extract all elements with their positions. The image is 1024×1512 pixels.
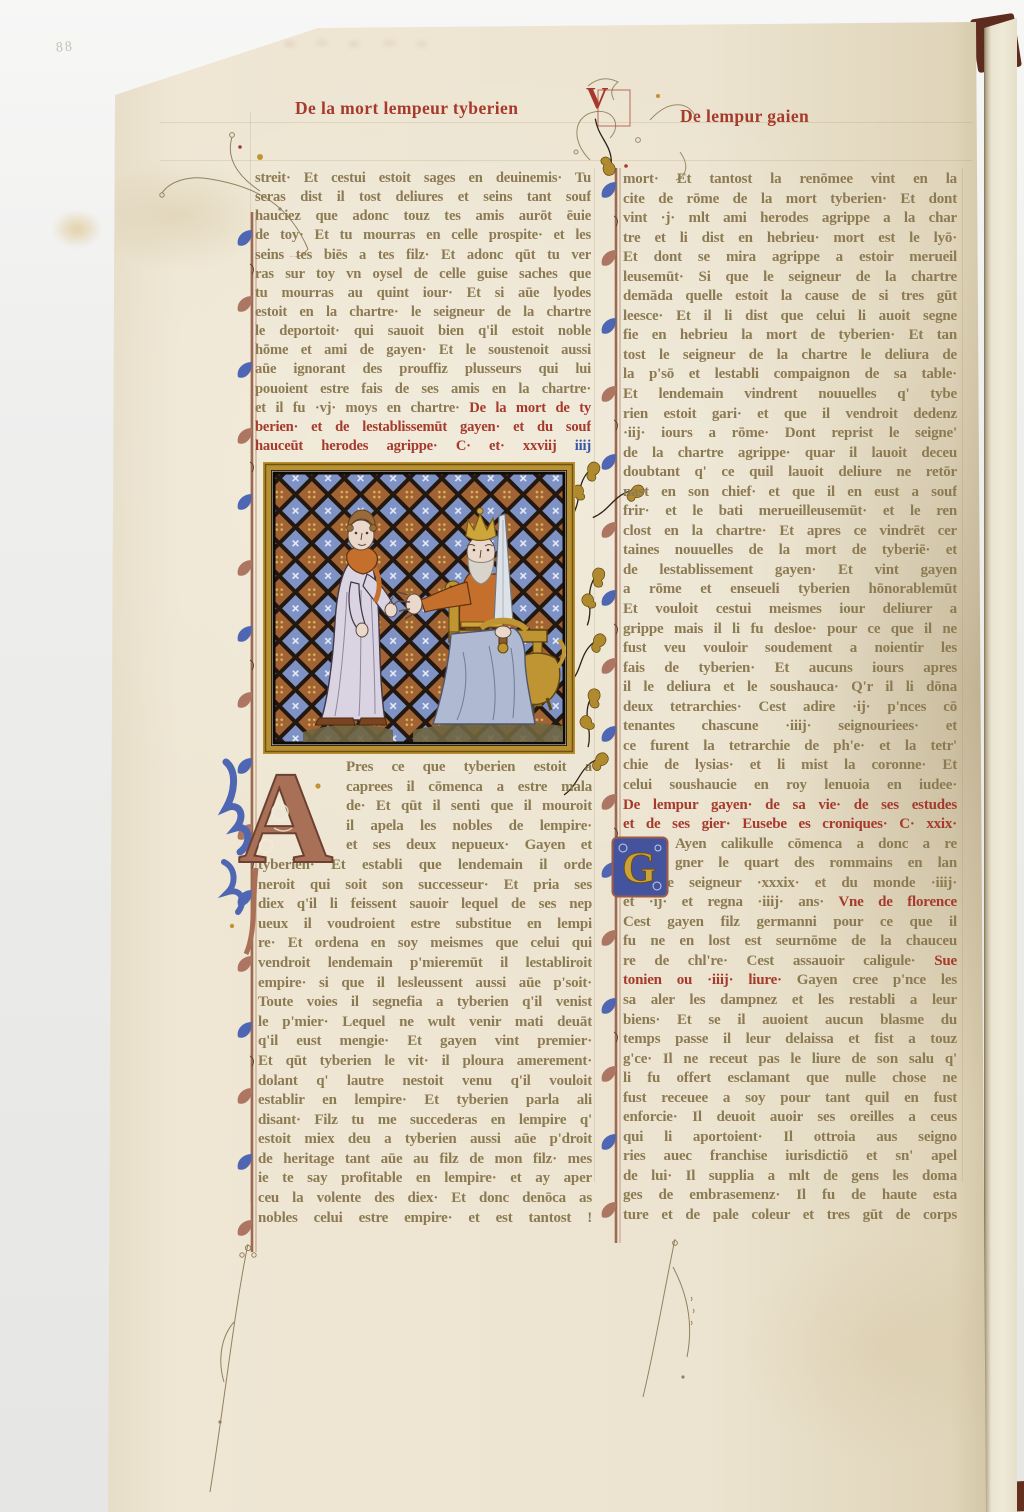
text-line: disant· Filz tu me succederas en lempire… bbox=[258, 1111, 592, 1131]
text-line: chie de lysias· et li mist la coronne· E… bbox=[623, 756, 957, 776]
miniature-illustration bbox=[263, 462, 575, 754]
text-line: seins tes biēs a tes filz· Et adonc qūt … bbox=[255, 246, 591, 265]
text-line: fie en hebrieu la mort de tyberien· Et t… bbox=[623, 326, 957, 346]
text-line: demāda quelle estoit la cause de si tres… bbox=[623, 287, 957, 307]
text-line: g'ce· Il ne receut pas le liure de son s… bbox=[623, 1050, 957, 1070]
text-line: Et qūt tyberien le vit· il ploura amerem… bbox=[258, 1052, 592, 1072]
adjacent-page-edge bbox=[984, 18, 1017, 1512]
text-line: Et lendemain vindrent nouuelles q' tybe bbox=[623, 385, 957, 405]
text-line: hauceūt herodes agrippe· C· et· xxviij i… bbox=[255, 437, 591, 456]
text-line: fais de tyberien· Et aucuns iours apres bbox=[623, 659, 957, 679]
chapter-numeral: V bbox=[586, 80, 608, 116]
text-line: de lestablissement gayen· Et vint gayen bbox=[623, 561, 957, 581]
text-line: aūe ignorant des prouffiz plusseurs qui … bbox=[255, 360, 591, 379]
text-line: vint ·j· mlt ami herodes agrippe a la ch… bbox=[623, 209, 957, 229]
text-line: a rōme et enseueli tyberien hōnorablemūt bbox=[623, 580, 957, 600]
text-line: de nre seigneur ·xxxix· et du monde ·iii… bbox=[623, 874, 957, 894]
text-line: ture et de pale coleur et tres gūt de co… bbox=[623, 1206, 957, 1226]
text-column-left-upper: streit· Et cestui estoit sages en deuine… bbox=[255, 169, 591, 456]
text-column-right: mort· Et tantost la renōmee vint en laci… bbox=[623, 170, 957, 1226]
text-line: sa aler les dampnez et les restabli a le… bbox=[623, 991, 957, 1011]
text-line: biens· Et se il auoient aucun blasme du bbox=[623, 1011, 957, 1031]
text-line: gner le quart des rommains en lan bbox=[623, 854, 957, 874]
text-line: empire· si que il lesleussent aussi aūe … bbox=[258, 974, 592, 994]
stain bbox=[52, 210, 102, 248]
text-line: De lempur gayen· de sa vie· de ses estud… bbox=[623, 796, 957, 816]
text-line: de la chartre agrippe· quar il lauoit de… bbox=[623, 444, 957, 464]
text-line: estoit en la chartre· le seigneur de la … bbox=[255, 303, 591, 322]
text-line: tost le seigneur de la chartre le deliur… bbox=[623, 346, 957, 366]
text-line: estoit miex deu a tyberien aussi aūe p'd… bbox=[258, 1130, 592, 1150]
text-line: et ·ij· et regna ·iiij· ans· Vne de flor… bbox=[623, 893, 957, 913]
text-line: et il fu ·vj· moys en chartre· De la mor… bbox=[255, 399, 591, 418]
text-line: hauciez que adonc touz tes amis aurōt ēu… bbox=[255, 207, 591, 226]
text-line: q'il eust mengie· Et gayen vint premier· bbox=[258, 1032, 592, 1052]
text-line: de toy· Et tu mourras en celle prospite·… bbox=[255, 226, 591, 245]
text-line: enforcie· Il deuoit auoir ses oreilles a… bbox=[623, 1108, 957, 1128]
text-line: streit· Et cestui estoit sages en deuine… bbox=[255, 169, 591, 188]
text-line: ges de embrasemenz· Il fu de haute esta bbox=[623, 1186, 957, 1206]
king-hand bbox=[406, 594, 422, 614]
text-line: mort· Et tantost la renōmee vint en la bbox=[623, 170, 957, 190]
initial-a-glyph: A bbox=[238, 750, 333, 891]
text-line: Cest gayen filz germanni pour ce que il bbox=[623, 913, 957, 933]
text-line: berien· et de lestablissemūt gayen· et d… bbox=[255, 418, 591, 437]
text-line: leusemūt· Si que le seigneur de la chart… bbox=[623, 268, 957, 288]
text-line: grippe mais il li fu desloe· pour ce que… bbox=[623, 620, 957, 640]
text-line: ie te say profitable en lempire· et ay a… bbox=[258, 1169, 592, 1189]
text-line: leesce· Et il li dist que celui li auoit… bbox=[623, 307, 957, 327]
text-line: celui soushaucie en roy lenuoia en iudee… bbox=[623, 776, 957, 796]
text-line: fu ne en lost est seurnōme de la chauceu bbox=[623, 932, 957, 952]
text-line: tonien ou ·iiij· liure· Gayen cree p'nce… bbox=[623, 971, 957, 991]
text-line: il le deliura et le soushauca· Q'r il li… bbox=[623, 678, 957, 698]
text-line: de lui· Il supplia a mlt de gens les dom… bbox=[623, 1167, 957, 1187]
photograph-backdrop: 88 De la mort lempeur tyberien De lempur… bbox=[0, 0, 1024, 1512]
text-line: taines nouuelles de la mort de tyberiē· … bbox=[623, 541, 957, 561]
running-title-left: De la mort lempeur tyberien bbox=[295, 98, 518, 119]
text-line: la p'sō et lestabli compaignon de sa tab… bbox=[623, 365, 957, 385]
text-line: nast en son chief· et que il en eust a s… bbox=[623, 483, 957, 503]
text-line: de heritage tant aūe au filz de mon filz… bbox=[258, 1150, 592, 1170]
text-line: rien estoit gari· et que il vendroit ded… bbox=[623, 405, 957, 425]
text-line: ceu la volente des diex· Et donc denōca … bbox=[258, 1189, 592, 1209]
text-line: ries auec franchise iurisdictiō et sn' a… bbox=[623, 1147, 957, 1167]
manuscript-page: De la mort lempeur tyberien De lempur ga… bbox=[100, 22, 986, 1512]
text-line: establir en lempire· Et tyberien parla a… bbox=[258, 1091, 592, 1111]
text-line: Et dont se mira agrippe a estoir merueil bbox=[623, 248, 957, 268]
initial-g-glyph: G bbox=[622, 843, 656, 892]
man-shoes bbox=[315, 718, 355, 725]
text-line: pouoient estre fais de ses amis en la ch… bbox=[255, 380, 591, 399]
man-hand bbox=[385, 603, 397, 617]
text-line: re de chl're· Cest assauoir caligule· Su… bbox=[623, 952, 957, 972]
text-line: temps passe il leur delaissa et fist a t… bbox=[623, 1030, 957, 1050]
initial-letter-a: A bbox=[216, 750, 340, 962]
text-line: tu mourras au quint iour· Et si aūe lyod… bbox=[255, 284, 591, 303]
text-line: fust veu vouloir soudement a noientir le… bbox=[623, 639, 957, 659]
text-line: frir· et le bati merueilleusemūt· et le … bbox=[623, 502, 957, 522]
text-line: tre et li dist en hebrieu· mort est le l… bbox=[623, 229, 957, 249]
folio-number: 88 bbox=[55, 39, 74, 57]
penwork-flourish-bottom-left bbox=[190, 1242, 360, 1512]
text-line: et de ses gier· Eusebe es croniques· C· … bbox=[623, 815, 957, 835]
text-line: hōme et ami de gayen· Et le soustenoit a… bbox=[255, 341, 591, 360]
text-line: Ayen calikulle cōmenca a donc a re bbox=[623, 835, 957, 855]
text-line: ras sur toy vn oysel de celle guise sach… bbox=[255, 265, 591, 284]
text-line: fust receuee a soy pour tant quil en fus… bbox=[623, 1089, 957, 1109]
text-line: cite de rōme de la mort tyberien· Et don… bbox=[623, 190, 957, 210]
text-line: dolant q' lautre nestoit venu q'il voulo… bbox=[258, 1072, 592, 1092]
text-line: Et vouloit cestui meismes iour deliurer … bbox=[623, 600, 957, 620]
ruling-line bbox=[962, 168, 963, 1182]
text-line: le p'mier· Lequel ne wult venir mati deu… bbox=[258, 1013, 592, 1033]
text-line: deux tetrarchies· Cest adire ·ij· p'nces… bbox=[623, 698, 957, 718]
text-line: seras dist il tost deliures et seins tan… bbox=[255, 188, 591, 207]
text-line: qui li aportoient· Il ottroia aus seigno bbox=[623, 1128, 957, 1148]
text-line: tenantes chascune ·iiij· seignouriees· e… bbox=[623, 717, 957, 737]
text-line: nobles celui estre empire· et est tantos… bbox=[258, 1209, 592, 1229]
erased-inscription bbox=[272, 32, 450, 54]
initial-letter-g: G bbox=[611, 836, 669, 898]
text-line: li fu offert esclamant que nulle chose n… bbox=[623, 1069, 957, 1089]
text-line: Toute voies il segnefia a tyberien q'il … bbox=[258, 993, 592, 1013]
text-line: clost en la chartre· Et apres ce vindrēt… bbox=[623, 522, 957, 542]
text-line: le deportoit· qui sauoit bien q'il estoi… bbox=[255, 322, 591, 341]
text-line: ·iij· iours a rōme· Dont reprist le seig… bbox=[623, 424, 957, 444]
text-line: ce furent la tetrarchie de ph'e· et la t… bbox=[623, 737, 957, 757]
penwork-flourish-bottom-center bbox=[555, 1237, 725, 1407]
text-line: doubtant q' ce quil lauoit deliure ne re… bbox=[623, 463, 957, 483]
